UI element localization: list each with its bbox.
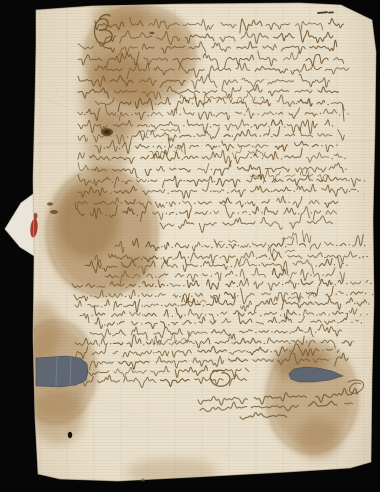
ink-separator-dot [166, 213, 167, 214]
ink-separator-dot [182, 159, 183, 160]
ink-separator-dot [345, 313, 346, 314]
water-stain [85, 112, 129, 180]
ink-separator-dot [315, 332, 316, 333]
ink-separator-dot [148, 181, 149, 182]
ink-separator-dot [289, 343, 290, 344]
ink-separator-dot [191, 296, 192, 297]
ink-separator-dot [347, 113, 348, 114]
slate-patch-left [36, 356, 88, 387]
ink-separator-dot [279, 322, 280, 323]
ink-separator-dot [106, 296, 107, 297]
ink-separator-dot [320, 113, 321, 114]
ink-separator-dot [211, 276, 212, 277]
ink-separator-dot [161, 246, 162, 247]
ink-separator-dot [271, 351, 272, 352]
ink-separator-dot [211, 169, 212, 170]
ink-separator-dot [176, 214, 177, 215]
manuscript-scan: Scanned page of an early-modern handwrit… [0, 0, 380, 492]
ink-separator-dot [316, 315, 317, 316]
ink-separator-dot [304, 332, 305, 333]
ink-separator-dot [172, 316, 173, 317]
ink-separator-dot [294, 191, 295, 192]
ink-separator-dot [141, 323, 142, 324]
ink-separator-dot [247, 351, 248, 352]
ink-separator-dot [193, 343, 194, 344]
ink-separator-dot [183, 285, 184, 286]
ink-separator-dot [237, 286, 238, 287]
ink-separator-dot [231, 342, 232, 343]
ink-separator-dot [244, 114, 245, 115]
ink-separator-dot [346, 283, 347, 284]
ink-separator-dot [255, 332, 256, 333]
ink-separator-dot [275, 113, 276, 114]
ink-separator-dot [173, 259, 174, 260]
ink-separator-dot [238, 245, 239, 246]
ink-separator-dot [193, 136, 194, 137]
ink-separator-dot [237, 295, 238, 296]
ink-separator-dot [194, 322, 195, 323]
ink-separator-dot [168, 193, 169, 194]
ink-separator-dot [91, 295, 92, 296]
ink-separator-dot [256, 257, 257, 258]
ink-separator-dot [328, 314, 329, 315]
ink-separator-dot [368, 303, 369, 304]
ink-separator-dot [200, 266, 201, 267]
ink-separator-dot [348, 180, 349, 181]
ink-separator-dot [210, 126, 211, 127]
ink-separator-dot [213, 115, 214, 116]
brown-fleck [47, 202, 53, 205]
ink-separator-dot [194, 203, 195, 204]
ink-separator-dot [344, 158, 345, 159]
ink-separator-dot [259, 264, 260, 265]
ink-separator-dot [366, 314, 367, 315]
ink-separator-dot [99, 345, 100, 346]
ink-separator-dot [289, 332, 290, 333]
ink-separator-dot [306, 341, 307, 342]
ink-separator-dot [192, 103, 193, 104]
ink-separator-dot [179, 114, 180, 115]
ink-separator-dot [205, 314, 206, 315]
ink-separator-dot [260, 135, 261, 136]
ink-separator-dot [296, 103, 297, 104]
water-stain [32, 388, 84, 444]
ink-separator-dot [353, 341, 354, 342]
ink-separator-dot [110, 343, 111, 344]
ink-separator-dot [227, 192, 228, 193]
ink-separator-dot [287, 274, 288, 275]
ink-separator-dot [153, 146, 154, 147]
ink-separator-dot [334, 264, 335, 265]
ink-separator-dot [316, 265, 317, 266]
ink-separator-dot [179, 296, 180, 297]
ink-separator-dot [143, 344, 144, 345]
ink-separator-dot [91, 315, 92, 316]
ink-separator-dot [178, 305, 179, 306]
ink-hole [68, 432, 72, 438]
ink-separator-dot [211, 247, 212, 248]
ink-separator-dot [271, 191, 272, 192]
ink-separator-dot [284, 126, 285, 127]
ink-separator-dot [268, 126, 269, 127]
water-stain [58, 186, 118, 258]
ink-separator-dot [354, 303, 355, 304]
ink-separator-dot [232, 135, 233, 136]
ink-separator-dot [268, 245, 269, 246]
ink-separator-dot [327, 104, 328, 105]
ink-separator-dot [231, 266, 232, 267]
ink-separator-dot [281, 158, 282, 159]
ink-separator-dot [203, 305, 204, 306]
ink-separator-dot [168, 324, 169, 325]
ink-separator-dot [269, 258, 270, 259]
ink-separator-dot [357, 191, 358, 192]
ink-separator-dot [360, 314, 361, 315]
ink-separator-dot [249, 214, 250, 215]
ink-separator-dot [351, 321, 352, 322]
ink-separator-dot [219, 146, 220, 147]
ink-separator-dot [359, 257, 360, 258]
ink-separator-dot [311, 212, 312, 213]
ink-separator-dot [184, 180, 185, 181]
ink-separator-dot [236, 275, 237, 276]
ink-separator-dot [147, 137, 148, 138]
ink-separator-dot [336, 293, 337, 294]
ink-separator-dot [261, 212, 262, 213]
water-stain [116, 256, 164, 292]
ink-separator-dot [123, 306, 124, 307]
ink-separator-dot [271, 331, 272, 332]
ink-separator-dot [338, 322, 339, 323]
ink-separator-dot [101, 306, 102, 307]
ink-separator-dot [179, 203, 180, 204]
ink-separator-dot [332, 125, 333, 126]
ink-separator-dot [323, 274, 324, 275]
ink-separator-dot [349, 191, 350, 192]
ink-separator-dot [166, 202, 167, 203]
ink-separator-dot [260, 315, 261, 316]
ink-separator-dot [282, 284, 283, 285]
ink-separator-dot [188, 257, 189, 258]
ink-separator-dot [346, 265, 347, 266]
ink-separator-dot [104, 324, 105, 325]
ink-separator-dot [125, 296, 126, 297]
ink-separator-dot [310, 274, 311, 275]
ink-separator-dot [364, 245, 365, 246]
ink-separator-dot [364, 180, 365, 181]
ink-separator-dot [252, 146, 253, 147]
ink-separator-dot [365, 293, 366, 294]
ink-separator-dot [346, 294, 347, 295]
ink-separator-dot [334, 284, 335, 285]
brown-fleck [150, 32, 155, 34]
ink-separator-dot [264, 343, 265, 344]
ink-separator-dot [150, 158, 151, 159]
ink-separator-dot [155, 103, 156, 104]
ink-separator-dot [155, 296, 156, 297]
ink-separator-dot [117, 323, 118, 324]
water-stain [296, 418, 340, 458]
ink-separator-dot [138, 295, 139, 296]
ink-separator-dot [250, 157, 251, 158]
ink-separator-dot [153, 352, 154, 353]
ink-separator-dot [164, 146, 165, 147]
ink-separator-dot [251, 126, 252, 127]
ink-separator-dot [172, 247, 173, 248]
ink-separator-dot [167, 285, 168, 286]
ink-separator-dot [366, 256, 367, 257]
ink-separator-dot [175, 147, 176, 148]
ink-separator-dot [220, 257, 221, 258]
ink-separator-dot [169, 343, 170, 344]
ink-separator-dot [372, 294, 373, 295]
ink-separator-dot [262, 158, 263, 159]
ink-separator-dot [299, 314, 300, 315]
ink-separator-dot [214, 181, 215, 182]
paper-surface [0, 0, 380, 492]
ink-separator-dot [226, 247, 227, 248]
ink-separator-dot [149, 126, 150, 127]
ink-separator-dot [217, 314, 218, 315]
ink-separator-dot [313, 303, 314, 304]
ink-separator-dot [142, 314, 143, 315]
ink-separator-dot [245, 203, 246, 204]
brown-fleck [50, 210, 58, 214]
ink-separator-dot [285, 246, 286, 247]
ink-separator-dot [238, 213, 239, 214]
ink-separator-dot [345, 169, 346, 170]
ink-separator-dot [324, 257, 325, 258]
top-dash-mark [318, 12, 327, 13]
ink-separator-dot [210, 213, 211, 214]
ink-separator-dot [112, 335, 113, 336]
ink-separator-dot [321, 145, 322, 146]
ink-separator-dot [210, 191, 211, 192]
ink-separator-dot [289, 202, 290, 203]
ink-separator-dot [249, 246, 250, 247]
ink-separator-dot [202, 246, 203, 247]
ink-separator-dot [258, 114, 259, 115]
ink-separator-dot [339, 114, 340, 115]
ink-separator-dot [84, 114, 85, 115]
ink-separator-dot [336, 144, 337, 145]
ink-separator-dot [280, 315, 281, 316]
ink-separator-dot [370, 283, 371, 284]
ink-separator-dot [332, 158, 333, 159]
ink-separator-dot [184, 314, 185, 315]
ink-separator-dot [361, 322, 362, 323]
ink-separator-dot [271, 136, 272, 137]
ink-separator-dot [349, 244, 350, 245]
ink-separator-dot [298, 283, 299, 284]
ink-separator-dot [161, 258, 162, 259]
ink-separator-dot [183, 125, 184, 126]
ink-separator-dot [142, 305, 143, 306]
ink-separator-dot [161, 305, 162, 306]
ink-separator-dot [298, 213, 299, 214]
manuscript-page-svg [0, 0, 380, 492]
ink-separator-dot [336, 245, 337, 246]
